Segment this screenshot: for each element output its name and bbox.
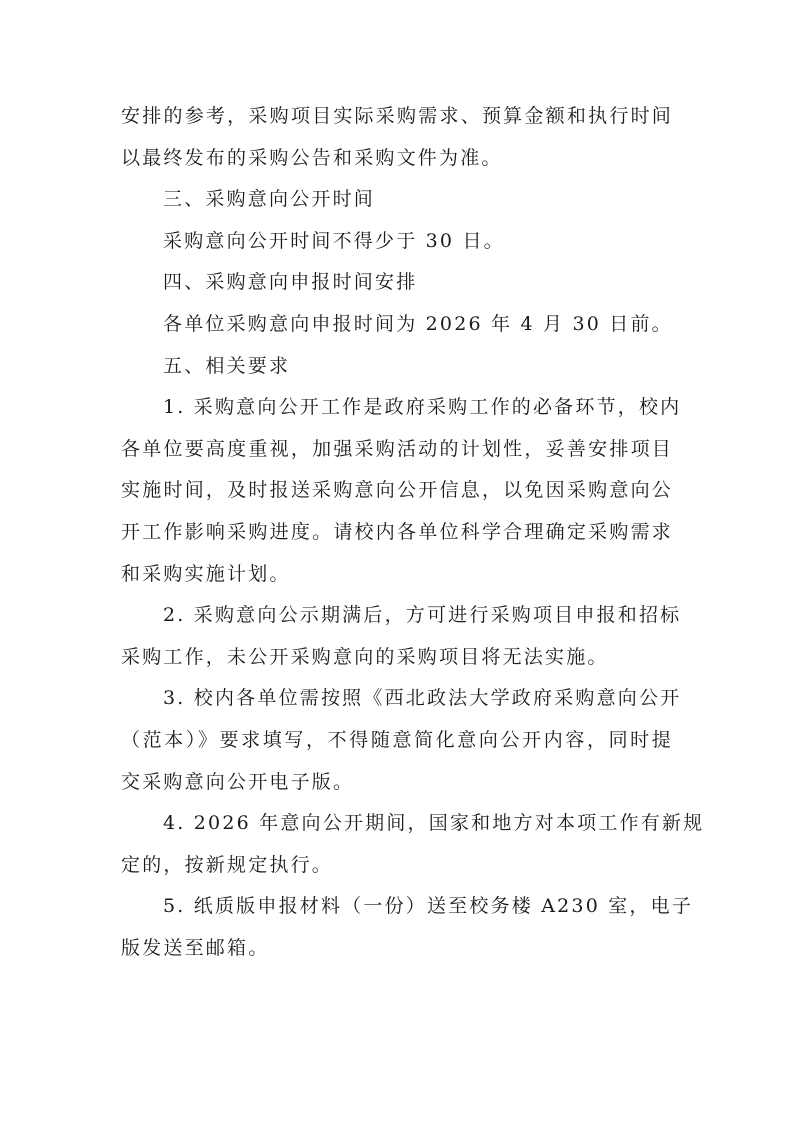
text-line: 采购工作，未公开采购意向的采购项目将无法实施。: [121, 637, 673, 679]
text-line: 版发送至邮箱。: [121, 928, 673, 970]
text-line: 实施时间，及时报送采购意向公开信息，以免因采购意向公: [121, 470, 673, 512]
text-line: 交采购意向公开电子版。: [121, 762, 673, 804]
text-line: 1. 采购意向公开工作是政府采购工作的必备环节，校内: [121, 387, 673, 429]
requirement-item-3: 3. 校内各单位需按照《西北政法大学政府采购意向公开 （范本）》要求填写，不得随…: [121, 678, 673, 803]
section-heading-5: 五、相关要求: [121, 346, 673, 388]
text-line: 各单位要高度重视，加强采购活动的计划性，妥善安排项目: [121, 429, 673, 471]
requirement-item-2: 2. 采购意向公示期满后，方可进行采购项目申报和招标 采购工作，未公开采购意向的…: [121, 595, 673, 678]
text-line: （范本）》要求填写，不得随意简化意向公开内容，同时提: [121, 720, 673, 762]
requirement-item-4: 4. 2026 年意向公开期间，国家和地方对本项工作有新规 定的，按新规定执行。: [121, 803, 673, 886]
text-line: 各单位采购意向申报时间为 2026 年 4 月 30 日前。: [121, 304, 673, 346]
section-heading-3: 三、采购意向公开时间: [121, 179, 673, 221]
heading-text: 五、相关要求: [121, 346, 673, 388]
requirement-item-1: 1. 采购意向公开工作是政府采购工作的必备环节，校内 各单位要高度重视，加强采购…: [121, 387, 673, 595]
text-line: 2. 采购意向公示期满后，方可进行采购项目申报和招标: [121, 595, 673, 637]
text-line: 开工作影响采购进度。请校内各单位科学合理确定采购需求: [121, 512, 673, 554]
text-line: 安排的参考，采购项目实际采购需求、预算金额和执行时间: [121, 96, 673, 138]
paragraph-submission-deadline: 各单位采购意向申报时间为 2026 年 4 月 30 日前。: [121, 304, 673, 346]
heading-text: 三、采购意向公开时间: [121, 179, 673, 221]
document-page: 安排的参考，采购项目实际采购需求、预算金额和执行时间 以最终发布的采购公告和采购…: [0, 0, 793, 1122]
text-line: 和采购实施计划。: [121, 554, 673, 596]
section-heading-4: 四、采购意向申报时间安排: [121, 262, 673, 304]
paragraph-publication-period: 采购意向公开时间不得少于 30 日。: [121, 221, 673, 263]
text-line: 4. 2026 年意向公开期间，国家和地方对本项工作有新规: [121, 803, 673, 845]
text-line: 采购意向公开时间不得少于 30 日。: [121, 221, 673, 263]
heading-text: 四、采购意向申报时间安排: [121, 262, 673, 304]
text-line: 3. 校内各单位需按照《西北政法大学政府采购意向公开: [121, 678, 673, 720]
text-line: 5. 纸质版申报材料（一份）送至校务楼 A230 室，电子: [121, 886, 673, 928]
document-body: 安排的参考，采购项目实际采购需求、预算金额和执行时间 以最终发布的采购公告和采购…: [121, 96, 673, 969]
text-line: 定的，按新规定执行。: [121, 845, 673, 887]
paragraph-continuation: 安排的参考，采购项目实际采购需求、预算金额和执行时间 以最终发布的采购公告和采购…: [121, 96, 673, 179]
text-line: 以最终发布的采购公告和采购文件为准。: [121, 138, 673, 180]
requirement-item-5: 5. 纸质版申报材料（一份）送至校务楼 A230 室，电子 版发送至邮箱。: [121, 886, 673, 969]
